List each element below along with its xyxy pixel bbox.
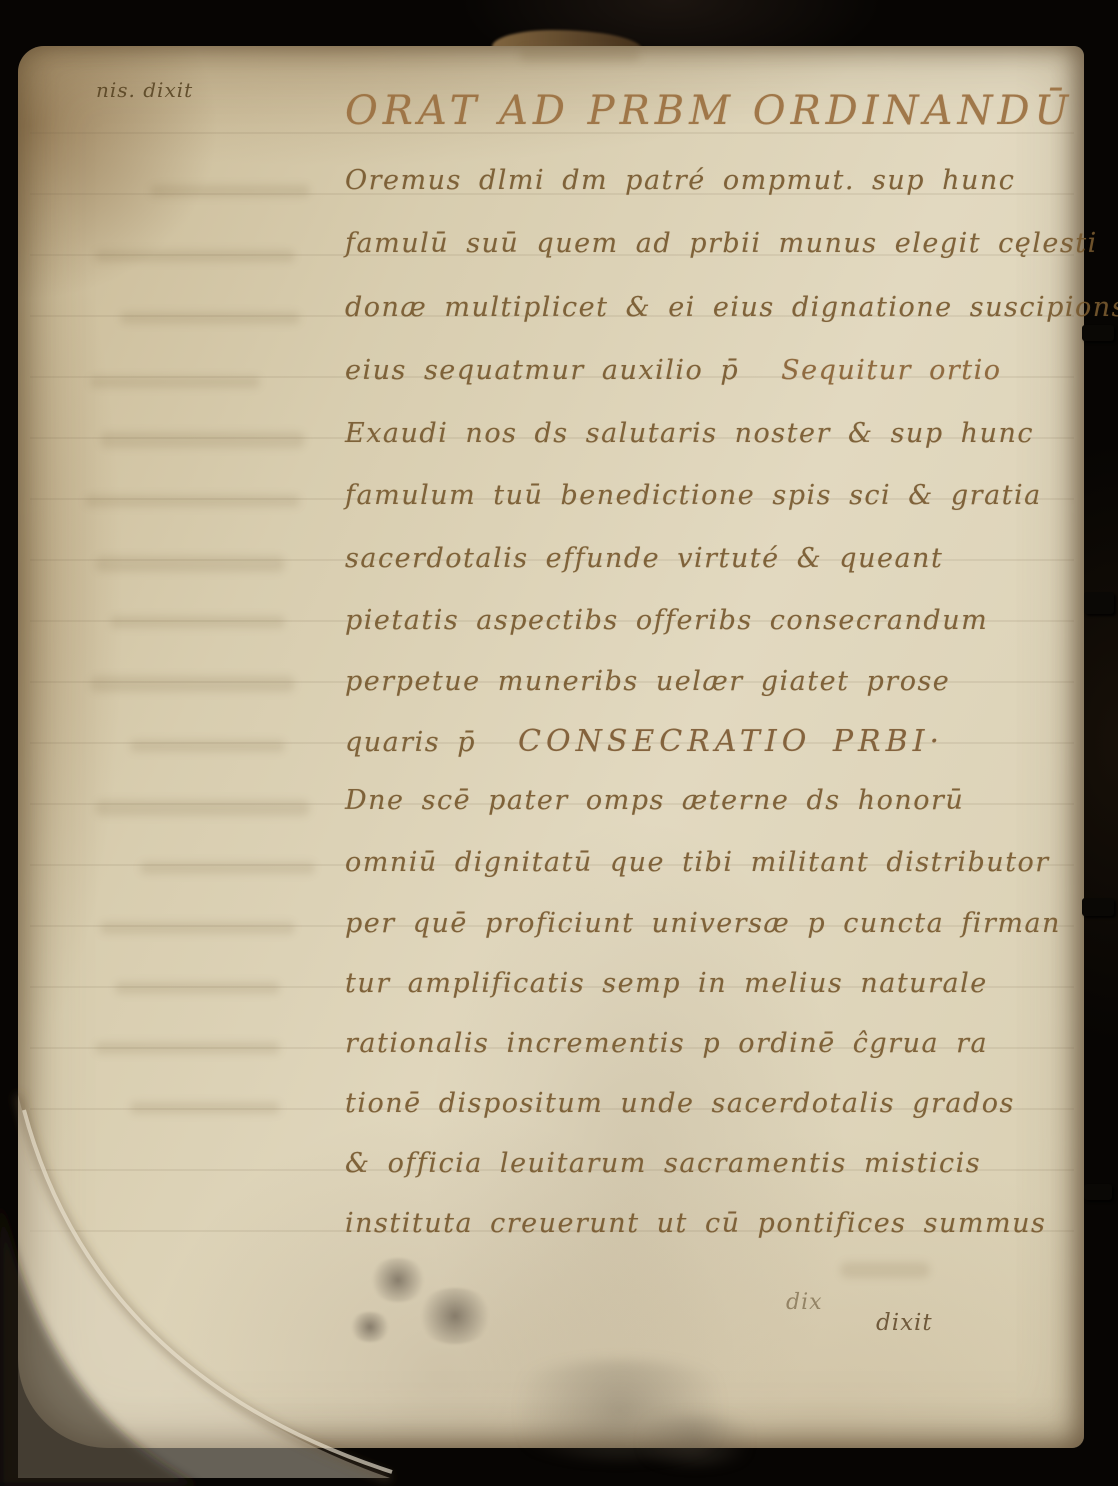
- line-text: tur amplificatis semp in melius naturale: [345, 968, 988, 999]
- manuscript-line: famulū suū quem ad prbii munus elegit cę…: [345, 228, 1098, 259]
- manuscript-line: donæ multiplicet & ei eius dignatione su…: [345, 292, 1118, 323]
- showthrough-stroke: [90, 376, 260, 388]
- showthrough-stroke: [100, 432, 305, 448]
- showthrough-stroke: [150, 185, 310, 197]
- line-text: tionē dispositum unde sacerdotalis grado…: [345, 1088, 1015, 1119]
- line-text: famulū suū quem ad prbii munus elegit cę…: [345, 228, 1098, 259]
- line-text: donæ multiplicet & ei eius dignatione su…: [345, 292, 1118, 323]
- line-text: sacerdotalis effunde virtuté & queant: [345, 543, 943, 574]
- manuscript-line: omniū dignitatū que tibi militant distri…: [345, 847, 1050, 878]
- manuscript-line: rationalis incrementis p ordinē ĉgrua ra: [345, 1028, 988, 1059]
- showthrough-stroke: [130, 1102, 280, 1114]
- stain-smear: [620, 1415, 770, 1465]
- line-text: & officia leuitarum sacramentis misticis: [345, 1148, 981, 1179]
- inline-rubric-consecratio: CONSECRATIO PRBI·: [518, 724, 944, 759]
- manuscript-line: quaris p̄CONSECRATIO PRBI·: [345, 724, 944, 759]
- manuscript-heading: ORAT AD PRBM ORDINANDŪ: [345, 88, 1073, 134]
- showthrough-stroke: [95, 556, 285, 572]
- stain-spot: [368, 1258, 428, 1302]
- manuscript-line: famulum tuū benedictione spis sci & grat…: [345, 480, 1042, 511]
- faint-scribble: [840, 1262, 930, 1278]
- line-text: rationalis incrementis p ordinē ĉgrua ra: [345, 1028, 988, 1059]
- manuscript-line: eius sequatmur auxilio p̄Sequitur ortio: [345, 355, 1002, 386]
- showthrough-stroke: [95, 800, 310, 816]
- marginal-note-bottom-right: dixit: [876, 1310, 933, 1336]
- line-text: quaris p̄: [345, 727, 476, 758]
- manuscript-line: sacerdotalis effunde virtuté & queant: [345, 543, 943, 574]
- showthrough-stroke: [110, 616, 285, 628]
- manuscript-line: tur amplificatis semp in melius naturale: [345, 968, 988, 999]
- line-text: Dne scē pater omps æterne ds honorū: [345, 785, 964, 816]
- marginal-note-top-left: nis. dixit: [96, 78, 193, 102]
- line-text: omniū dignitatū que tibi militant distri…: [345, 847, 1050, 878]
- showthrough-stroke: [95, 1042, 280, 1054]
- line-text: Oremus dlmi dm patré ompmut. sup hunc: [345, 165, 1015, 196]
- binding-stitch: [1084, 1184, 1112, 1200]
- manuscript-line: tionē dispositum unde sacerdotalis grado…: [345, 1088, 1015, 1119]
- showthrough-stroke: [140, 862, 315, 874]
- showthrough-stroke: [120, 312, 300, 324]
- inline-rubric-sequitur: Sequitur ortio: [781, 355, 1001, 386]
- showthrough-stroke: [115, 982, 280, 994]
- showthrough-stroke: [85, 495, 300, 507]
- top-smudge: [520, 48, 640, 62]
- manuscript-line: perpetue muneribs uelær giatet prose: [345, 666, 950, 697]
- showthrough-stroke: [130, 740, 285, 752]
- manuscript-line: & officia leuitarum sacramentis misticis: [345, 1148, 981, 1179]
- line-text: per quē proficiunt universæ p cuncta fir…: [345, 908, 1061, 939]
- line-text: Exaudi nos ds salutaris noster & sup hun…: [345, 418, 1034, 449]
- manuscript-line: Exaudi nos ds salutaris noster & sup hun…: [345, 418, 1034, 449]
- manuscript-line: instituta creuerunt ut cū pontifices sum…: [345, 1208, 1046, 1239]
- marginal-note-bottom-left: dix: [786, 1290, 823, 1315]
- showthrough-stroke: [100, 922, 295, 934]
- stain-spot: [415, 1288, 495, 1344]
- manuscript-line: pietatis aspectibs offeribs consecrandum: [345, 605, 988, 636]
- manuscript-line: per quē proficiunt universæ p cuncta fir…: [345, 908, 1061, 939]
- binding-stitch: [1082, 898, 1114, 916]
- binding-stitch: [1082, 325, 1114, 341]
- binding-stitch: [1084, 592, 1114, 614]
- line-text: perpetue muneribs uelær giatet prose: [345, 666, 950, 697]
- line-text: eius sequatmur auxilio p̄: [345, 355, 739, 386]
- stain-spot: [348, 1312, 392, 1342]
- showthrough-stroke: [90, 676, 295, 692]
- line-text: instituta creuerunt ut cū pontifices sum…: [345, 1208, 1046, 1239]
- photo-background: nis. dixit ORAT AD PRBM ORDINANDŪ Oremus…: [0, 0, 1118, 1486]
- showthrough-stroke: [95, 250, 295, 262]
- line-text: pietatis aspectibs offeribs consecrandum: [345, 605, 988, 636]
- line-text: famulum tuū benedictione spis sci & grat…: [345, 480, 1042, 511]
- manuscript-line: Oremus dlmi dm patré ompmut. sup hunc: [345, 165, 1015, 196]
- manuscript-line: Dne scē pater omps æterne ds honorū: [345, 785, 964, 816]
